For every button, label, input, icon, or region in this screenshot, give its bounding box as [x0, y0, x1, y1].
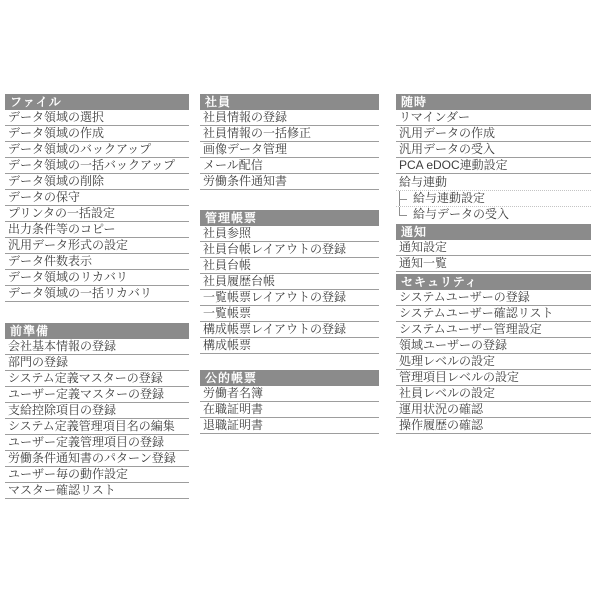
menu-column-1: ファイルデータ領域の選択データ領域の作成データ領域のバックアップデータ領域の一括… — [5, 94, 189, 499]
menu-item[interactable]: データの保守 — [5, 190, 189, 206]
menu-item[interactable]: 社員情報の登録 — [200, 110, 379, 126]
menu-section-2-3: 公的帳票労働者名簿在職証明書退職証明書 — [200, 370, 379, 434]
menu-item[interactable]: 一覧帳票 — [200, 306, 379, 322]
menu-item[interactable]: 労働条件通知書 — [200, 174, 379, 190]
menu-section-1-1: ファイルデータ領域の選択データ領域の作成データ領域のバックアップデータ領域の一括… — [5, 94, 189, 302]
menu-item[interactable]: 一覧帳票レイアウトの登録 — [200, 290, 379, 306]
menu-item[interactable]: 運用状況の確認 — [396, 402, 591, 418]
menu-item[interactable]: マスター確認リスト — [5, 483, 189, 499]
section-header: 社員 — [200, 94, 379, 110]
menu-section-3-2: 通知通知設定通知一覧 — [396, 224, 591, 272]
menu-item[interactable]: プリンタの一括設定 — [5, 206, 189, 222]
menu-item[interactable]: 操作履歴の確認 — [396, 418, 591, 434]
menu-subitem[interactable]: 給与データの受入 — [396, 206, 591, 222]
menu-item[interactable]: データ領域のリカバリ — [5, 270, 189, 286]
menu-section-3-3: セキュリティシステムユーザーの登録システムユーザー確認リストシステムユーザー管理… — [396, 274, 591, 434]
section-header: 公的帳票 — [200, 370, 379, 386]
menu-item[interactable]: ユーザー毎の動作設定 — [5, 467, 189, 483]
menu-section-1-2: 前準備会社基本情報の登録部門の登録システム定義マスターの登録ユーザー定義マスター… — [5, 323, 189, 499]
menu-item-parent[interactable]: 給与連動 — [396, 174, 591, 190]
menu-item[interactable]: ユーザー定義管理項目の登録 — [5, 435, 189, 451]
menu-item[interactable]: システムユーザー確認リスト — [396, 306, 591, 322]
menu-item[interactable]: 支給控除項目の登録 — [5, 403, 189, 419]
menu-item[interactable]: 汎用データ形式の設定 — [5, 238, 189, 254]
menu-item[interactable]: リマインダー — [396, 110, 591, 126]
menu-item[interactable]: 通知一覧 — [396, 256, 591, 272]
menu-section-2-2: 管理帳票社員参照社員台帳レイアウトの登録社員台帳社員履歴台帳一覧帳票レイアウトの… — [200, 210, 379, 354]
menu-screen: ファイルデータ領域の選択データ領域の作成データ領域のバックアップデータ領域の一括… — [0, 0, 600, 600]
menu-section-3-1: 随時リマインダー汎用データの作成汎用データの受入PCA eDOC連動設定給与連動… — [396, 94, 591, 222]
menu-item[interactable]: 社員台帳レイアウトの登録 — [200, 242, 379, 258]
menu-item[interactable]: データ領域の一括リカバリ — [5, 286, 189, 302]
menu-item[interactable]: システム定義マスターの登録 — [5, 371, 189, 387]
menu-item[interactable]: 会社基本情報の登録 — [5, 339, 189, 355]
menu-item[interactable]: データ領域の選択 — [5, 110, 189, 126]
menu-item[interactable]: データ領域のバックアップ — [5, 142, 189, 158]
section-header: セキュリティ — [396, 274, 591, 290]
menu-item[interactable]: 社員履歴台帳 — [200, 274, 379, 290]
menu-item[interactable]: 汎用データの受入 — [396, 142, 591, 158]
menu-item[interactable]: システム定義管理項目名の編集 — [5, 419, 189, 435]
menu-item[interactable]: ユーザー定義マスターの登録 — [5, 387, 189, 403]
menu-item[interactable]: 部門の登録 — [5, 355, 189, 371]
menu-item[interactable]: 汎用データの作成 — [396, 126, 591, 142]
menu-item[interactable]: 社員参照 — [200, 226, 379, 242]
menu-section-2-1: 社員社員情報の登録社員情報の一括修正画像データ管理メール配信労働条件通知書 — [200, 94, 379, 190]
section-header: 管理帳票 — [200, 210, 379, 226]
menu-item[interactable]: 社員情報の一括修正 — [200, 126, 379, 142]
section-header: 随時 — [396, 94, 591, 110]
menu-item[interactable]: 出力条件等のコピー — [5, 222, 189, 238]
section-header: ファイル — [5, 94, 189, 110]
menu-item[interactable]: 退職証明書 — [200, 418, 379, 434]
menu-item[interactable]: 構成帳票レイアウトの登録 — [200, 322, 379, 338]
menu-item[interactable]: 領域ユーザーの登録 — [396, 338, 591, 354]
menu-item[interactable]: 通知設定 — [396, 240, 591, 256]
menu-item[interactable]: データ領域の一括バックアップ — [5, 158, 189, 174]
menu-column-2: 社員社員情報の登録社員情報の一括修正画像データ管理メール配信労働条件通知書管理帳… — [200, 94, 379, 434]
menu-column-3: 随時リマインダー汎用データの作成汎用データの受入PCA eDOC連動設定給与連動… — [396, 94, 591, 434]
menu-item[interactable]: システムユーザー管理設定 — [396, 322, 591, 338]
section-header: 前準備 — [5, 323, 189, 339]
menu-item[interactable]: 処理レベルの設定 — [396, 354, 591, 370]
menu-item[interactable]: 社員レベルの設定 — [396, 386, 591, 402]
menu-item[interactable]: データ件数表示 — [5, 254, 189, 270]
menu-item[interactable]: システムユーザーの登録 — [396, 290, 591, 306]
menu-item[interactable]: 労働条件通知書のパターン登録 — [5, 451, 189, 467]
menu-subitem[interactable]: 給与連動設定 — [396, 190, 591, 206]
menu-item[interactable]: 在職証明書 — [200, 402, 379, 418]
menu-item[interactable]: メール配信 — [200, 158, 379, 174]
menu-item[interactable]: PCA eDOC連動設定 — [396, 158, 591, 174]
menu-item[interactable]: 管理項目レベルの設定 — [396, 370, 591, 386]
menu-item[interactable]: 労働者名簿 — [200, 386, 379, 402]
menu-item[interactable]: データ領域の削除 — [5, 174, 189, 190]
menu-item[interactable]: 画像データ管理 — [200, 142, 379, 158]
section-header: 通知 — [396, 224, 591, 240]
menu-item[interactable]: データ領域の作成 — [5, 126, 189, 142]
menu-item[interactable]: 社員台帳 — [200, 258, 379, 274]
menu-item[interactable]: 構成帳票 — [200, 338, 379, 354]
